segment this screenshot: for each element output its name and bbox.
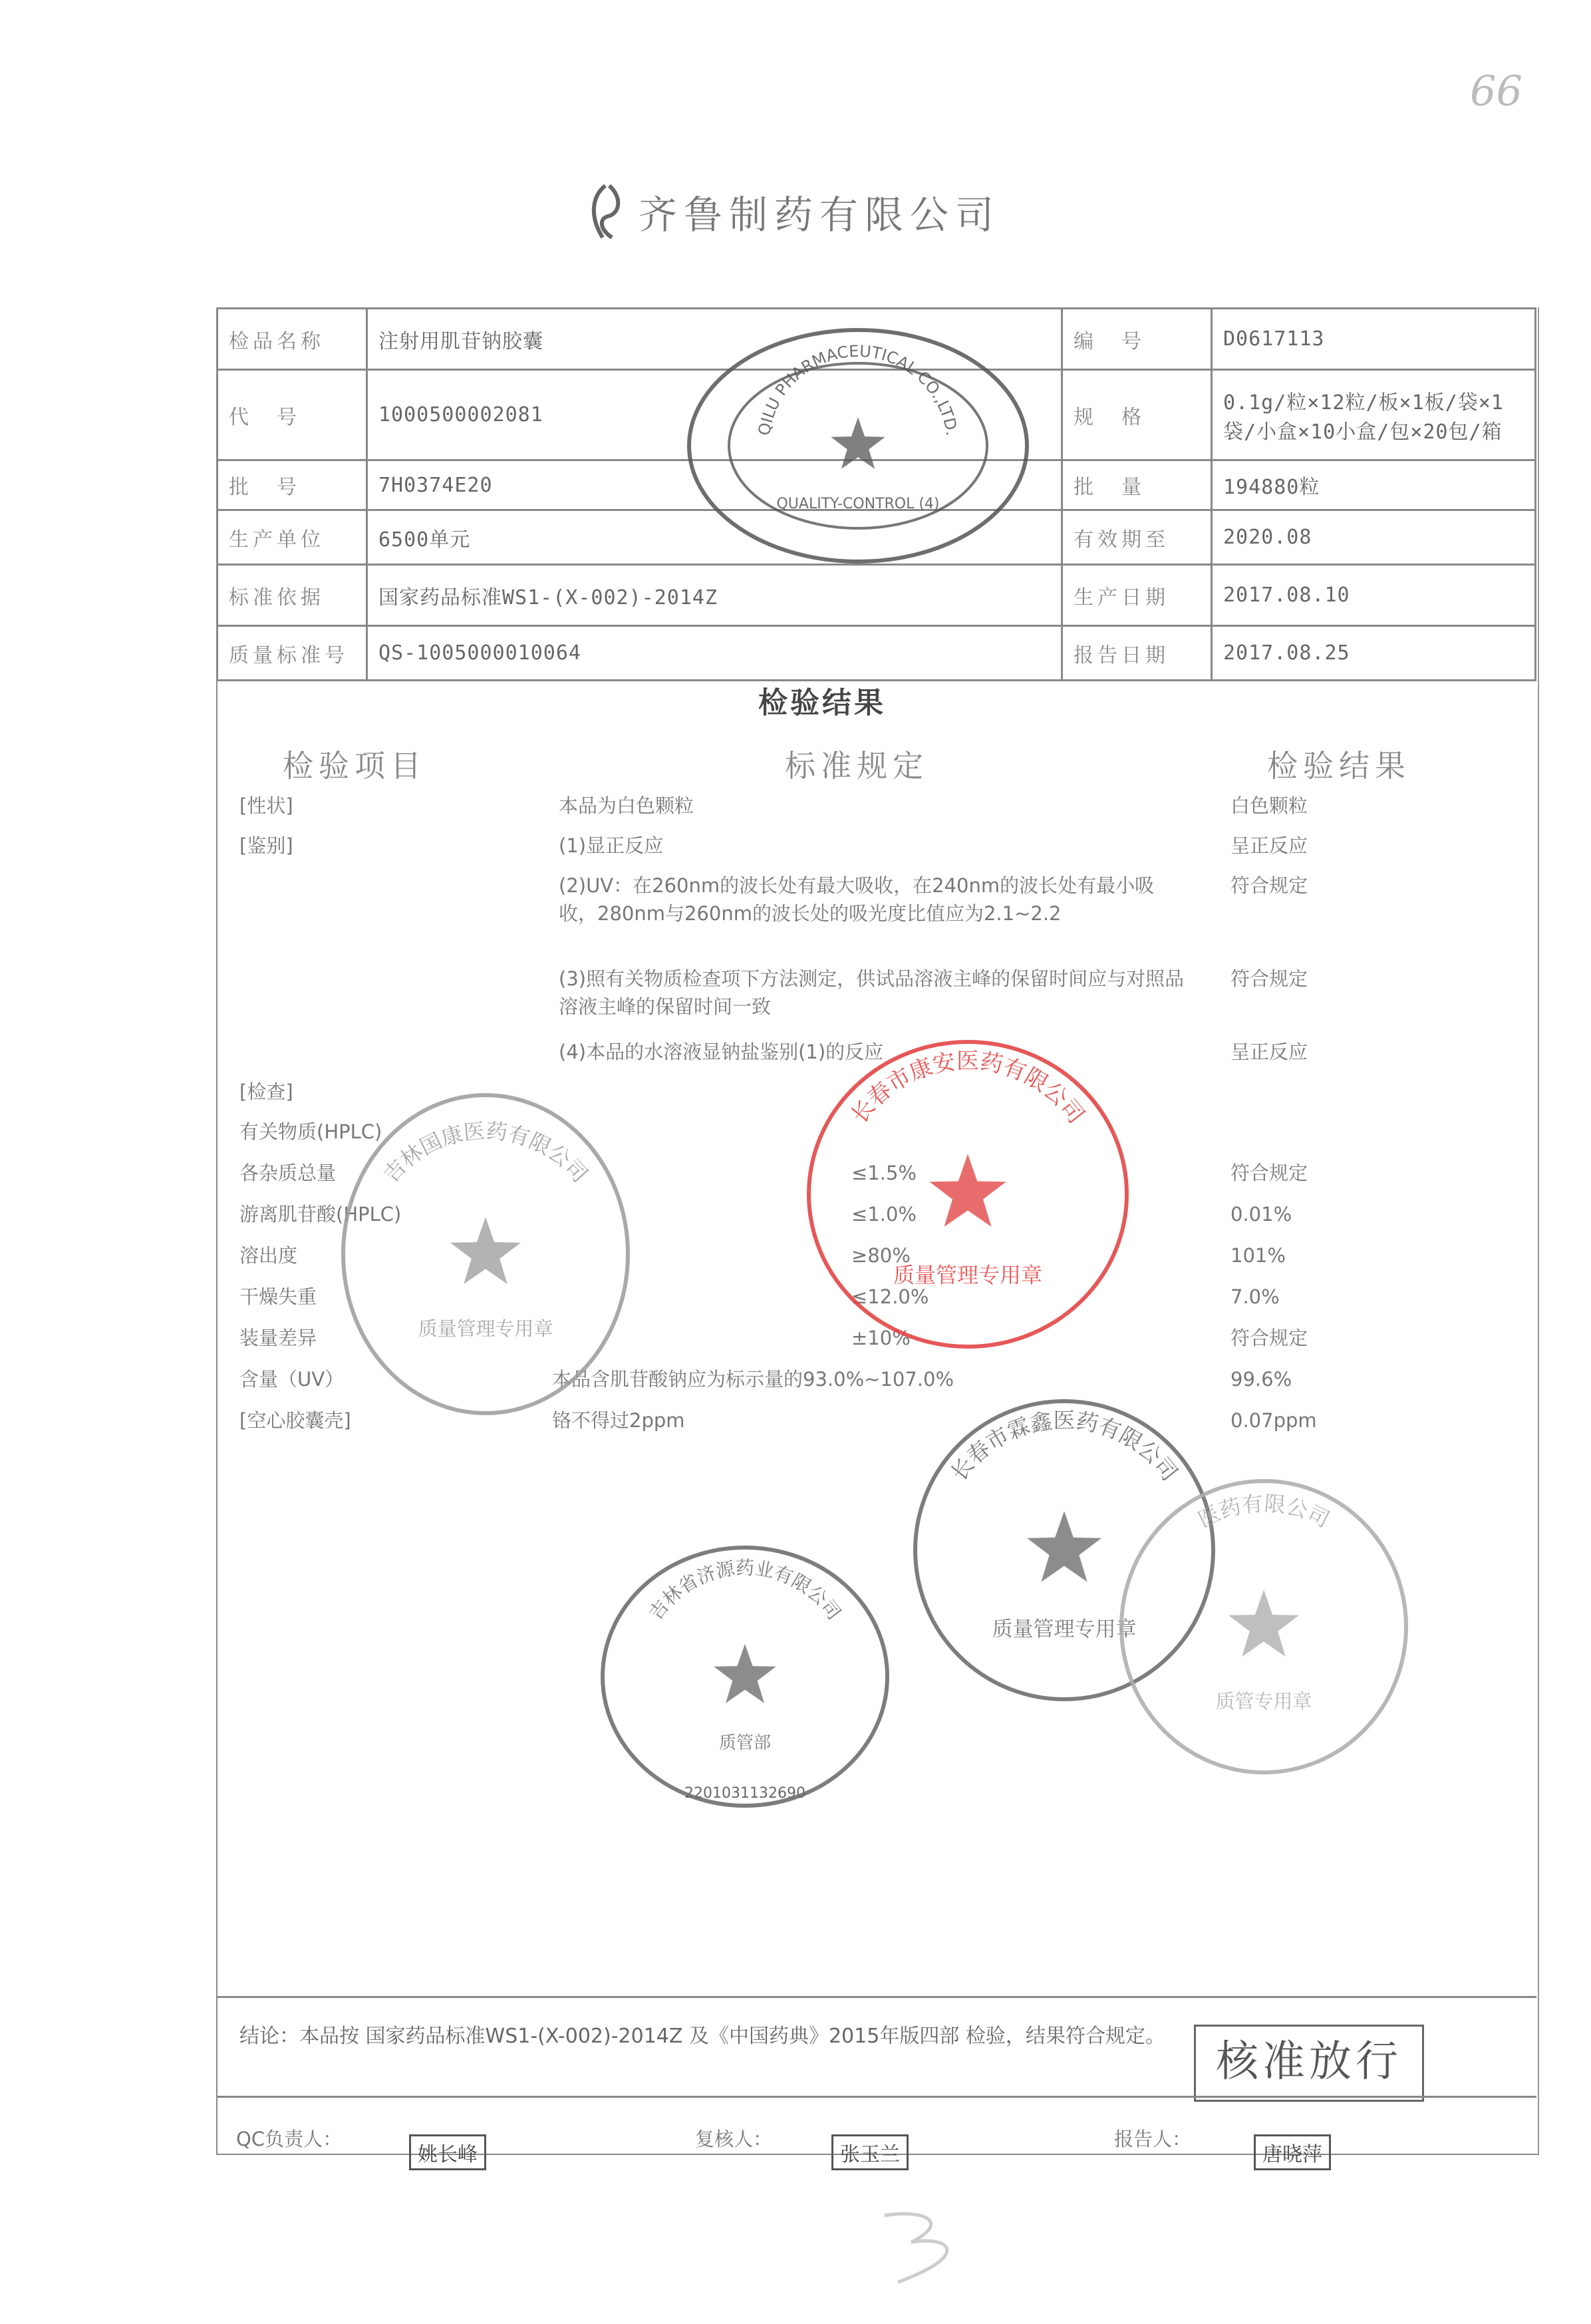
test-item: [检查] xyxy=(239,1078,293,1106)
test-result: 符合规定 xyxy=(1230,1159,1308,1187)
test-result: 白色颗粒 xyxy=(1230,792,1308,820)
field-value: 2017.08.10 xyxy=(1212,565,1536,626)
test-item: 干燥失重 xyxy=(239,1283,317,1311)
field-label: 生产单位 xyxy=(217,510,367,565)
reporter-label: 报告人： xyxy=(1114,2124,1191,2152)
test-item: 溶出度 xyxy=(239,1242,297,1269)
qc-head-label: QC负责人： xyxy=(236,2124,342,2152)
field-label: 生产日期 xyxy=(1062,565,1212,626)
header-row: 标准依据国家药品标准WS1-(X-002)-2014Z生产日期2017.08.1… xyxy=(217,565,1536,626)
field-label: 批 号 xyxy=(217,460,367,510)
field-value: 2020.08 xyxy=(1212,510,1536,565)
test-result: 符合规定 xyxy=(1230,965,1308,993)
test-standard: 本品含肌苷酸钠应为标示量的93.0%~107.0% xyxy=(552,1365,1184,1393)
field-label: 代 号 xyxy=(217,370,367,460)
field-value: 7H0374E20 xyxy=(367,460,1062,510)
test-result: 99.6% xyxy=(1230,1365,1292,1393)
header-row: 质量标准号QS-1005000010064报告日期2017.08.25 xyxy=(217,626,1536,681)
reviewer-label: 复核人： xyxy=(695,2124,772,2152)
company-name: 齐鲁制药有限公司 xyxy=(639,184,1000,240)
test-standard: (1)显正反应 xyxy=(559,832,1191,860)
test-standard: (2)UV：在260nm的波长处有最大吸收，在240nm的波长处有最小吸收，28… xyxy=(559,872,1191,927)
test-item: [性状] xyxy=(239,792,293,820)
qilu-logo-icon xyxy=(585,183,627,240)
test-standard: ≤1.5% xyxy=(851,1159,1483,1187)
header-row: 代 号1000500002081规 格0.1g/粒×12粒/板×1板/袋×1袋/… xyxy=(217,370,1536,460)
test-item: [鉴别] xyxy=(239,832,293,860)
field-value: 6500单元 xyxy=(367,510,1062,565)
page-number-mark: 66 xyxy=(1470,67,1522,115)
field-label: 标准依据 xyxy=(217,565,367,626)
header-row: 生产单位6500单元有效期至2020.08 xyxy=(217,510,1536,565)
test-standard: (3)照有关物质检查项下方法测定，供试品溶液主峰的保留时间应与对照品溶液主峰的保… xyxy=(559,965,1191,1021)
test-result: 符合规定 xyxy=(1230,872,1308,900)
test-standard: ≥80% xyxy=(851,1242,1483,1269)
field-label: 批 量 xyxy=(1062,460,1212,510)
test-standard: (4)本品的水溶液显钠盐鉴别(1)的反应 xyxy=(559,1038,1191,1066)
test-standard: 本品为白色颗粒 xyxy=(559,792,1191,820)
test-result: 7.0% xyxy=(1230,1283,1280,1311)
test-standard: ±10% xyxy=(851,1324,1483,1352)
test-result: 符合规定 xyxy=(1230,1324,1308,1352)
handwritten-mark xyxy=(871,2196,991,2295)
results-title: 检验结果 xyxy=(758,679,886,721)
test-item: 装量差异 xyxy=(239,1324,317,1352)
field-label: 规 格 xyxy=(1062,370,1212,460)
field-label: 报告日期 xyxy=(1062,626,1212,681)
col-header-item: 检验项目 xyxy=(283,742,426,786)
conclusion-text: 结论：本品按 国家药品标准WS1-(X-002)-2014Z 及《中国药典》20… xyxy=(239,2019,1165,2049)
field-value: 注射用肌苷钠胶囊 xyxy=(367,309,1062,370)
test-standard: ≤12.0% xyxy=(851,1283,1483,1311)
field-label: 有效期至 xyxy=(1062,510,1212,565)
field-value: 国家药品标准WS1-(X-002)-2014Z xyxy=(367,565,1062,626)
field-value: 1000500002081 xyxy=(367,370,1062,460)
test-result: 0.07ppm xyxy=(1230,1407,1317,1434)
reporter-signature: 唐晓萍 xyxy=(1254,2134,1331,2170)
test-result: 101% xyxy=(1230,1242,1286,1269)
field-value: 194880粒 xyxy=(1212,460,1536,510)
test-standard: ≤1.0% xyxy=(851,1200,1483,1228)
test-item: 游离肌苷酸(HPLC) xyxy=(239,1200,401,1228)
col-header-standard: 标准规定 xyxy=(785,742,929,786)
letterhead: 齐鲁制药有限公司 xyxy=(585,183,1000,240)
col-header-result: 检验结果 xyxy=(1267,742,1411,786)
header-row: 批 号7H0374E20批 量194880粒 xyxy=(217,460,1536,510)
qc-head-signature: 姚长峰 xyxy=(409,2134,486,2170)
field-value: 2017.08.25 xyxy=(1212,626,1536,681)
test-result: 呈正反应 xyxy=(1230,832,1308,860)
test-standard: 铬不得过2ppm xyxy=(552,1407,1184,1434)
test-result: 0.01% xyxy=(1230,1200,1292,1228)
field-label: 检品名称 xyxy=(217,309,367,370)
field-value: D0617113 xyxy=(1212,309,1536,370)
test-item: [空心胶囊壳] xyxy=(239,1407,351,1434)
signature-row: QC负责人： 姚长峰 复核人： 张玉兰 报告人： 唐晓萍 xyxy=(216,2096,1536,2158)
field-value: 0.1g/粒×12粒/板×1板/袋×1袋/小盒×10小盒/包×20包/箱 xyxy=(1212,370,1536,460)
test-result: 呈正反应 xyxy=(1230,1038,1308,1066)
test-item: 各杂质总量 xyxy=(239,1159,336,1187)
reviewer-signature: 张玉兰 xyxy=(831,2134,909,2170)
field-label: 质量标准号 xyxy=(217,626,367,681)
header-row: 检品名称注射用肌苷钠胶囊编 号D0617113 xyxy=(217,309,1536,370)
header-table: 检品名称注射用肌苷钠胶囊编 号D0617113代 号1000500002081规… xyxy=(216,307,1536,681)
test-item: 含量（UV） xyxy=(239,1365,344,1393)
approval-stamp: 核准放行 xyxy=(1194,2025,1424,2102)
field-label: 编 号 xyxy=(1062,309,1212,370)
conclusion-section: 结论：本品按 国家药品标准WS1-(X-002)-2014Z 及《中国药典》20… xyxy=(216,1996,1536,2098)
field-value: QS-1005000010064 xyxy=(367,626,1062,681)
test-item: 有关物质(HPLC) xyxy=(239,1118,382,1146)
